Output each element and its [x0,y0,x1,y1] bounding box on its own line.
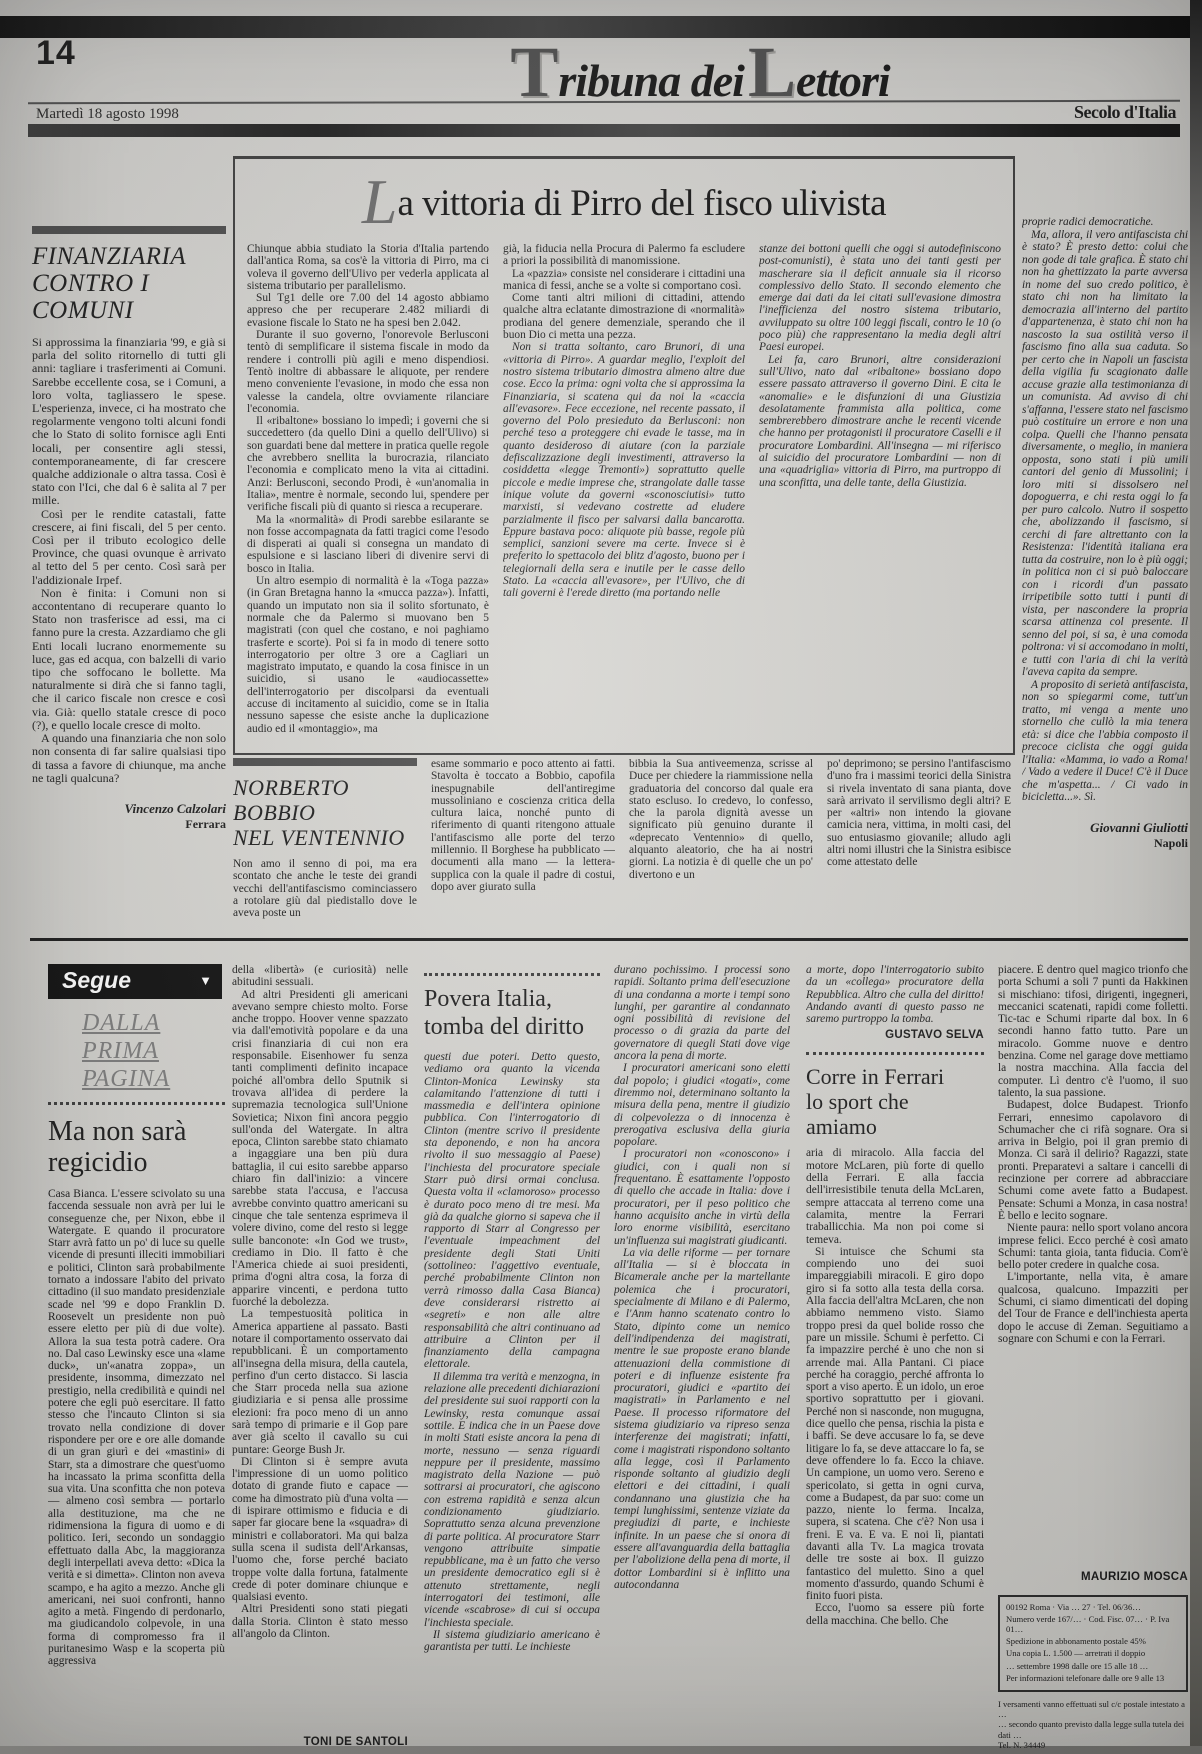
paragraph: Non è finita: i Comuni non si accontenta… [32,587,226,732]
paragraph: … secondo quanto previsto dalla legge su… [998,1719,1188,1739]
page-number: 14 [36,34,76,73]
paragraph: Non amo il senno di poi, ma era scontato… [233,858,417,919]
segue-badge: Segue ▼ [48,964,222,999]
reply-column: proprie radici democratiche.Ma, allora, … [1022,216,1188,932]
letter-signature: Vincenzo Calzolari [32,801,226,817]
bottom-col-3: Povera Italia, tomba del diritto questi … [424,964,600,1750]
paragraph: Così per le rendite catastali, fatte cre… [32,508,226,587]
regicidio-byline: TONI DE SANTOLI [232,1736,408,1748]
notice-small-print: I versamenti vanno effettuati sul c/c po… [998,1699,1188,1750]
paragraph: Di Clinton si è sempre avuta l'impressio… [232,1456,408,1604]
paragraph: DALLA [82,1009,225,1037]
bottom-col-2: della «libertà» (e curiosità) nelle abit… [232,964,408,1750]
paragraph: Una copia L. 1.500 — arretrati il doppio [1006,1648,1180,1658]
paragraph: La via delle riforme — per tornare all'I… [614,1247,790,1591]
dotted-rule [424,973,600,976]
paragraph: Ma la «normalità» di Prodi sarebbe esila… [247,514,489,575]
paragraph: bibbia la Sua antiveemenza, scrisse al D… [629,758,813,881]
selva-byline: GUSTAVO SELVA [806,1029,984,1041]
paragraph: durano pochissimo. I processi sono rapid… [614,964,790,1062]
bottom-col-1: Segue ▼ DALLAPRIMAPAGINA Ma non sarà reg… [48,964,225,1750]
paragraph: Casa Bianca. L'essere scivolato su una f… [48,1188,225,1668]
letter-bobbio-col-4: po' deprimono; se persino l'antifascismo… [827,758,1011,934]
paragraph: Chiunque abbia studiato la Storia d'Ital… [247,243,489,292]
paragraph: Come tanti altri milioni di cittadini, a… [503,292,745,341]
paragraph: Numero verde 167/… · Cod. Fisc. 07… · P.… [1006,1614,1180,1634]
paragraph: Ma, allora, il vero antifascista chi è s… [1022,229,1188,679]
paragraph: già, la fiducia nella Procura di Palermo… [503,243,745,268]
paragraph: Altri Presidenti sono stati piegati dall… [232,1603,408,1640]
letter-bobbio-col-1: NORBERTO BOBBIO NEL VENTENNIO Non amo il… [233,758,417,934]
paragraph: I procuratori americani sono eletti dal … [614,1062,790,1148]
scan-top-band [0,16,1202,38]
section-divider [30,938,1188,941]
reply-column-body: proprie radici democratiche.Ma, allora, … [1022,216,1188,804]
paragraph: Lei fa, caro Brunori, altre considerazio… [759,354,1001,489]
newspaper-brand: Secolo d'Italia [1074,102,1176,123]
paragraph: La tempestuosità politica in America app… [232,1308,408,1456]
regicidio-col-1: Casa Bianca. L'essere scivolato su una f… [48,1188,225,1750]
mosca-headline: Corre in Ferrari lo sport che amiamo [806,1064,984,1139]
paragraph: esame sommario e poco attento ai fatti. … [431,758,615,893]
paragraph: Il sistema giudiziario americano è garan… [424,1629,600,1654]
letter-bobbio-col-3: bibbia la Sua antiveemenza, scrisse al D… [629,758,813,934]
masthead-word-1: ribuna dei [558,55,744,106]
selva-col-3-end: a morte, dopo l'interrogatorio subito da… [806,964,984,1025]
paragraph: Sul Tg1 delle ore 7.00 del 14 agosto abb… [247,292,489,329]
paragraph: L'importante, nella vita, è amare qualco… [998,1271,1188,1345]
headline-bar [233,758,417,766]
paragraph: Un altro esempio di normalità è la «Toga… [247,575,489,735]
bottom-col-6: piacere. È dentro quel magico trionfo ch… [998,964,1188,1750]
main-headline-initial: L [362,166,398,237]
main-article-box: La vittoria di Pirro del fisco ulivista … [233,156,1015,755]
paragraph: Ad altri Presidenti gli americani avevan… [232,989,408,1309]
paragraph: della «libertà» (e curiosità) nelle abit… [232,964,408,989]
letter-bobbio-title: NORBERTO BOBBIO NEL VENTENNIO [233,775,417,850]
paragraph: piacere. È dentro quel magico trionfo ch… [998,964,1188,1099]
regicidio-headline: Ma non sarà regicidio [48,1116,225,1178]
paragraph: I versamenti vanno effettuati sul c/c po… [998,1699,1188,1719]
bottom-col-4: durano pochissimo. I processi sono rapid… [614,964,790,1750]
bottom-col-5: a morte, dopo l'interrogatorio subito da… [806,964,984,1750]
main-article-columns: Chiunque abbia studiato la Storia d'Ital… [235,239,1013,737]
paragraph: proprie radici democratiche. [1022,216,1188,229]
header-band [28,124,1180,137]
paragraph: A quando una finanziaria che non solo no… [32,732,226,785]
paragraph: Per informazioni telefonare dalle ore 9 … [1006,1673,1180,1683]
letter-finanziaria-body: Si approssima la finanziaria '99, e già … [32,336,226,785]
paragraph: PRIMA [82,1037,225,1065]
paragraph: a morte, dopo l'interrogatorio subito da… [806,964,984,1025]
paragraph: … settembre 1998 dalle ore 15 alle 18 … [1006,1661,1180,1671]
paragraph: 00192 Roma · Via … 27 · Tel. 06/36… [1006,1602,1180,1612]
notice-box: 00192 Roma · Via … 27 · Tel. 06/36…Numer… [998,1595,1188,1692]
paragraph: PAGINA [82,1065,225,1093]
paragraph: Budapest, dolce Budapest. Trionfo Ferrar… [998,1099,1188,1222]
paragraph: questi due poteri. Detto questo, vediamo… [424,1051,600,1371]
paragraph: aria di miracolo. Alla faccia del motore… [806,1147,984,1245]
letter-bobbio: NORBERTO BOBBIO NEL VENTENNIO Non amo il… [233,758,1011,934]
masthead-word-2: ettori [796,55,890,106]
newspaper-page: 14 Tribuna dei Lettori Martedì 18 agosto… [0,0,1202,1754]
mosca-byline: MAURIZIO MOSCA [998,1571,1188,1583]
paragraph: Il dilemma tra verità e menzogna, in rel… [424,1371,600,1629]
letter-finanziaria-title: FINANZIARIA CONTRO I COMUNI [32,243,226,324]
masthead: Tribuna dei Lettori [340,42,1060,107]
reply-signature-city: Napoli [1022,836,1188,851]
headline-bar [32,226,226,234]
paragraph: Ecco, l'uomo sa essere più forte della m… [806,1602,984,1627]
paragraph: Tel. N. 34449 [998,1740,1188,1750]
paragraph: stanze dei bottoni quelli che oggi si au… [759,243,1001,354]
masthead-initial-t: T [510,32,558,112]
paragraph: Si intuisce che Schumi sta compiendo uno… [806,1246,984,1603]
paragraph: Spedizione in abbonamento postale 45% [1006,1636,1180,1646]
main-article-col-2: già, la fiducia nella Procura di Palermo… [503,243,745,737]
paragraph: Si approssima la finanziaria '99, e già … [32,336,226,508]
dateline: Martedì 18 agosto 1998 [36,106,179,123]
paragraph: I procuratori non «conoscono» i giudici,… [614,1148,790,1246]
reply-signature: Giovanni Giuliotti [1022,820,1188,836]
mosca-col-2: piacere. È dentro quel magico trionfo ch… [998,964,1188,1567]
letter-signature-city: Ferrara [32,817,226,832]
paragraph: A proposito di serietà antifascista, non… [1022,679,1188,804]
selva-headline: Povera Italia, tomba del diritto [424,985,600,1041]
paragraph: po' deprimono; se persino l'antifascismo… [827,758,1011,869]
regicidio-col-2: della «libertà» (e curiosità) nelle abit… [232,964,408,1732]
mosca-col-1: aria di miracolo. Alla faccia del motore… [806,1147,984,1750]
letter-finanziaria: FINANZIARIA CONTRO I COMUNI Si approssim… [32,226,226,832]
selva-col-1: questi due poteri. Detto questo, vediamo… [424,1051,600,1750]
selva-col-2: durano pochissimo. I processi sono rapid… [614,964,790,1750]
paragraph: Durante il suo governo, l'onorevole Berl… [247,329,489,415]
main-article-col-3: stanze dei bottoni quelli che oggi si au… [759,243,1001,737]
main-headline: La vittoria di Pirro del fisco ulivista [235,165,1013,239]
dotted-rule [806,1052,984,1055]
paragraph: Il «ribaltone» bossiano lo impedì; i gov… [247,415,489,513]
paragraph: Niente paura: nello sport volano ancora … [998,1222,1188,1271]
paragraph: La «pazzia» consiste nel considerare i c… [503,268,745,293]
segue-label: Segue [62,967,131,994]
segue-arrow-icon: ▼ [199,973,212,988]
dotted-rule [48,1102,225,1105]
paragraph: Non si tratta soltanto, caro Brunori, di… [503,341,745,599]
dalla-prima-pagina: DALLAPRIMAPAGINA [82,1009,225,1093]
letter-bobbio-col-2: esame sommario e poco attento ai fatti. … [431,758,615,934]
scan-right-band [1190,0,1202,1754]
main-article-col-1: Chiunque abbia studiato la Storia d'Ital… [247,243,489,737]
